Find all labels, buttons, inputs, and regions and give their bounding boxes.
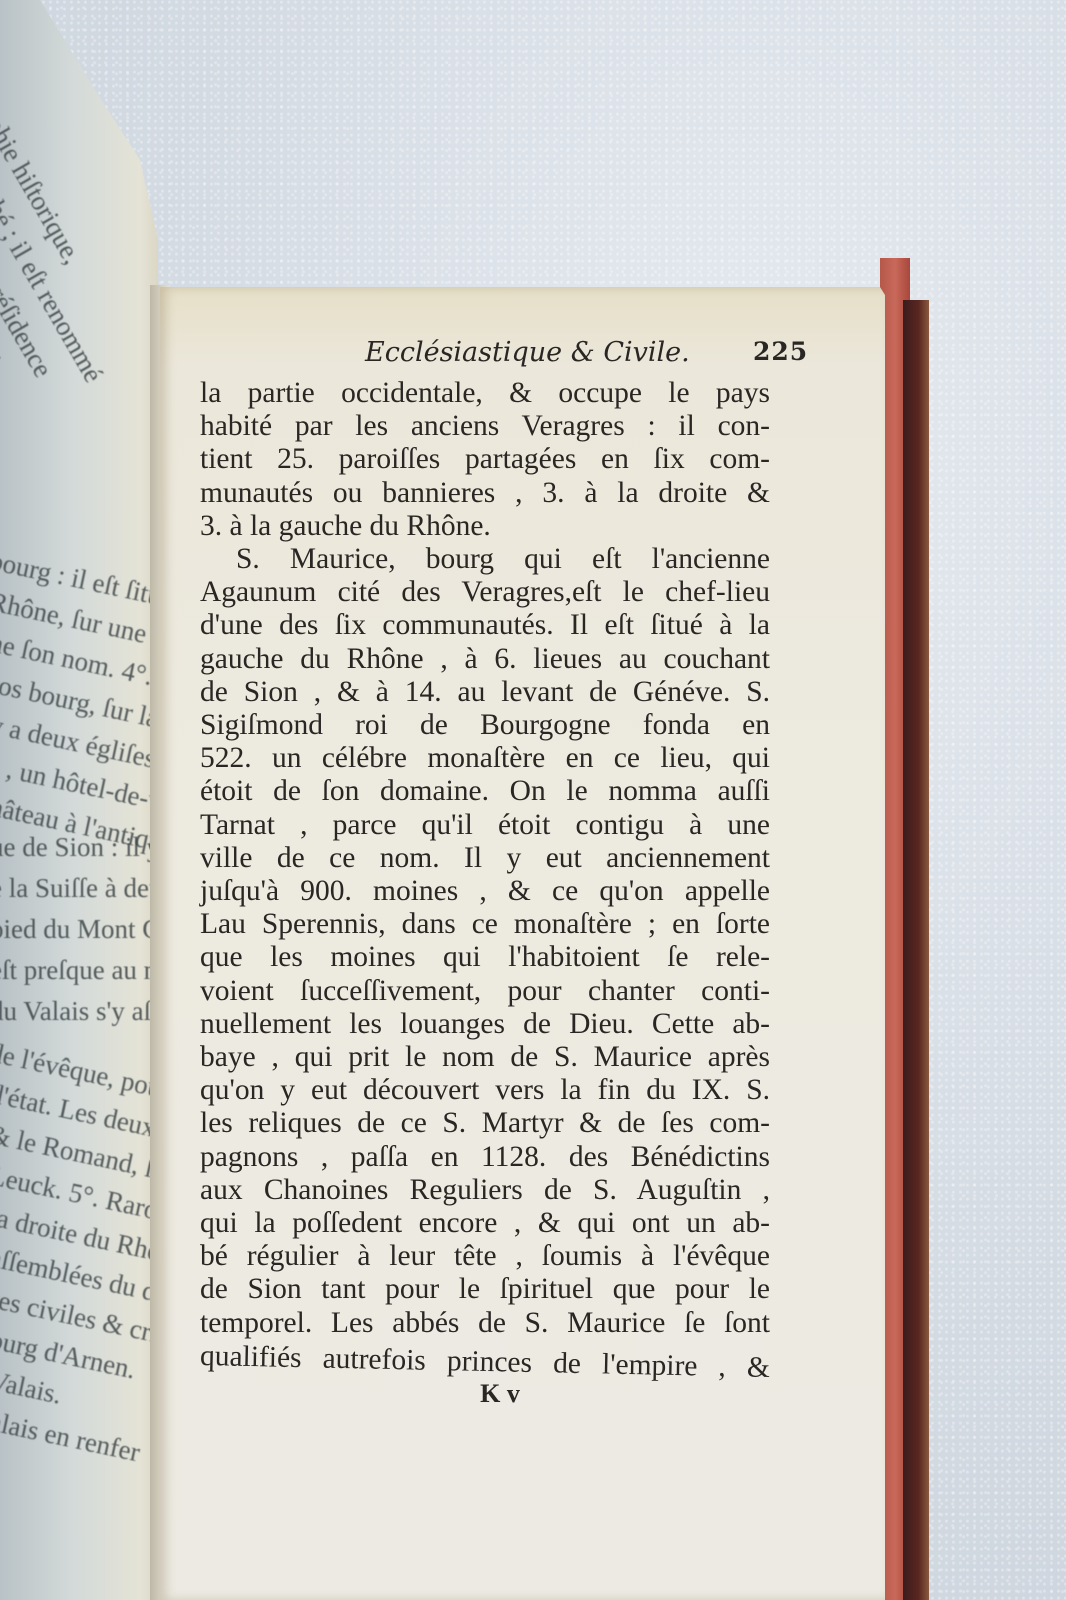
text-line: juſqu'à 900. moines , & ce qu'on appelle <box>200 875 770 908</box>
text-line: aux Chanoines Reguliers de S. Auguſtin , <box>200 1174 770 1207</box>
text-line: Tarnat , parce qu'il étoit contigu à une <box>200 809 770 842</box>
text-line: de Sion tant pour le ſpirituel que pour … <box>200 1273 770 1306</box>
text-line: S. Maurice, bourg qui eſt l'ancienne <box>200 543 770 576</box>
running-head-title: Ecclésiastique & Civile. <box>365 337 690 368</box>
signature-mark: K v <box>200 1379 770 1409</box>
left-page-lower-text: bourg : il eſt ſitué ſur le Rhône, ſur u… <box>0 540 165 1442</box>
book-cover-edge <box>903 300 929 1600</box>
left-text-line: ue de Sion : il y a des <box>0 827 165 868</box>
text-line: Lau Sperennis, dans ce monaſtère ; en ſo… <box>200 908 770 941</box>
left-text-line: pied du Mont Gemmi <box>0 909 165 950</box>
text-line: étoit de ſon domaine. On le nomma auſſi <box>200 775 770 808</box>
text-line: Sigiſmond roi de Bourgogne fonda en <box>200 709 770 742</box>
text-line: baye , qui prit le nom de S. Maurice apr… <box>200 1041 770 1074</box>
text-line: de Sion , & à 14. au levant de Généve. S… <box>200 676 770 709</box>
text-line: 3. à la gauche du Rhône. <box>200 510 770 543</box>
text-line: temporel. Les abbés de S. Maurice ſe ſon… <box>200 1307 770 1340</box>
text-line: qu'on y eut découvert vers la fin du IX.… <box>200 1074 770 1107</box>
text-line: munautés ou bannieres , 3. à la droite & <box>200 477 770 510</box>
left-text-line: du Valais s'y aſſemblent <box>0 991 165 1032</box>
text-line: bé régulier à leur tête , ſoumis à l'évê… <box>200 1240 770 1273</box>
right-page: Ecclésiastique & Civile. 225 la partie o… <box>160 287 885 1600</box>
text-line: la partie occidentale, & occupe le pays <box>200 377 770 410</box>
left-text-line: e la Suiſſe à deux lieues <box>0 868 165 909</box>
text-line: qui la poſſedent encore , & qui ont un a… <box>200 1207 770 1240</box>
text-line: d'une des ſix communautés. Il eſt ſitué … <box>200 609 770 642</box>
running-head: Ecclésiastique & Civile. 225 <box>200 337 770 377</box>
text-line: gauche du Rhône , à 6. lieues au couchan… <box>200 643 770 676</box>
text-line: tient 25. paroiſſes partagées en ſix com… <box>200 443 770 476</box>
page-number: 225 <box>753 337 808 366</box>
page-text-block: Ecclésiastique & Civile. 225 la partie o… <box>200 337 770 1409</box>
left-text-line: eſt preſque au milieu <box>0 950 165 991</box>
text-line: voient ſucceſſivement, pour chanter cont… <box>200 975 770 1008</box>
text-line: pagnons , paſſa en 1128. des Bénédictins <box>200 1141 770 1174</box>
text-line: nuellement les louanges de Dieu. Cette a… <box>200 1008 770 1041</box>
left-page-upper-text: Géographie hiſtorique, ſiège de l'évêché… <box>0 40 100 429</box>
text-line: habité par les anciens Veragres : il con… <box>200 410 770 443</box>
text-line: Agaunum cité des Veragres,eſt le chef-li… <box>200 576 770 609</box>
left-facing-page: Géographie hiſtorique, ſiège de l'évêché… <box>0 0 165 1600</box>
text-line: que les moines qui l'habitoient ſe rele- <box>200 941 770 974</box>
text-line: les reliques de ce S. Martyr & de ſes co… <box>200 1107 770 1140</box>
text-line: ville de ce nom. Il y eut anciennement <box>200 842 770 875</box>
text-line: 522. un célébre monaſtère en ce lieu, qu… <box>200 742 770 775</box>
